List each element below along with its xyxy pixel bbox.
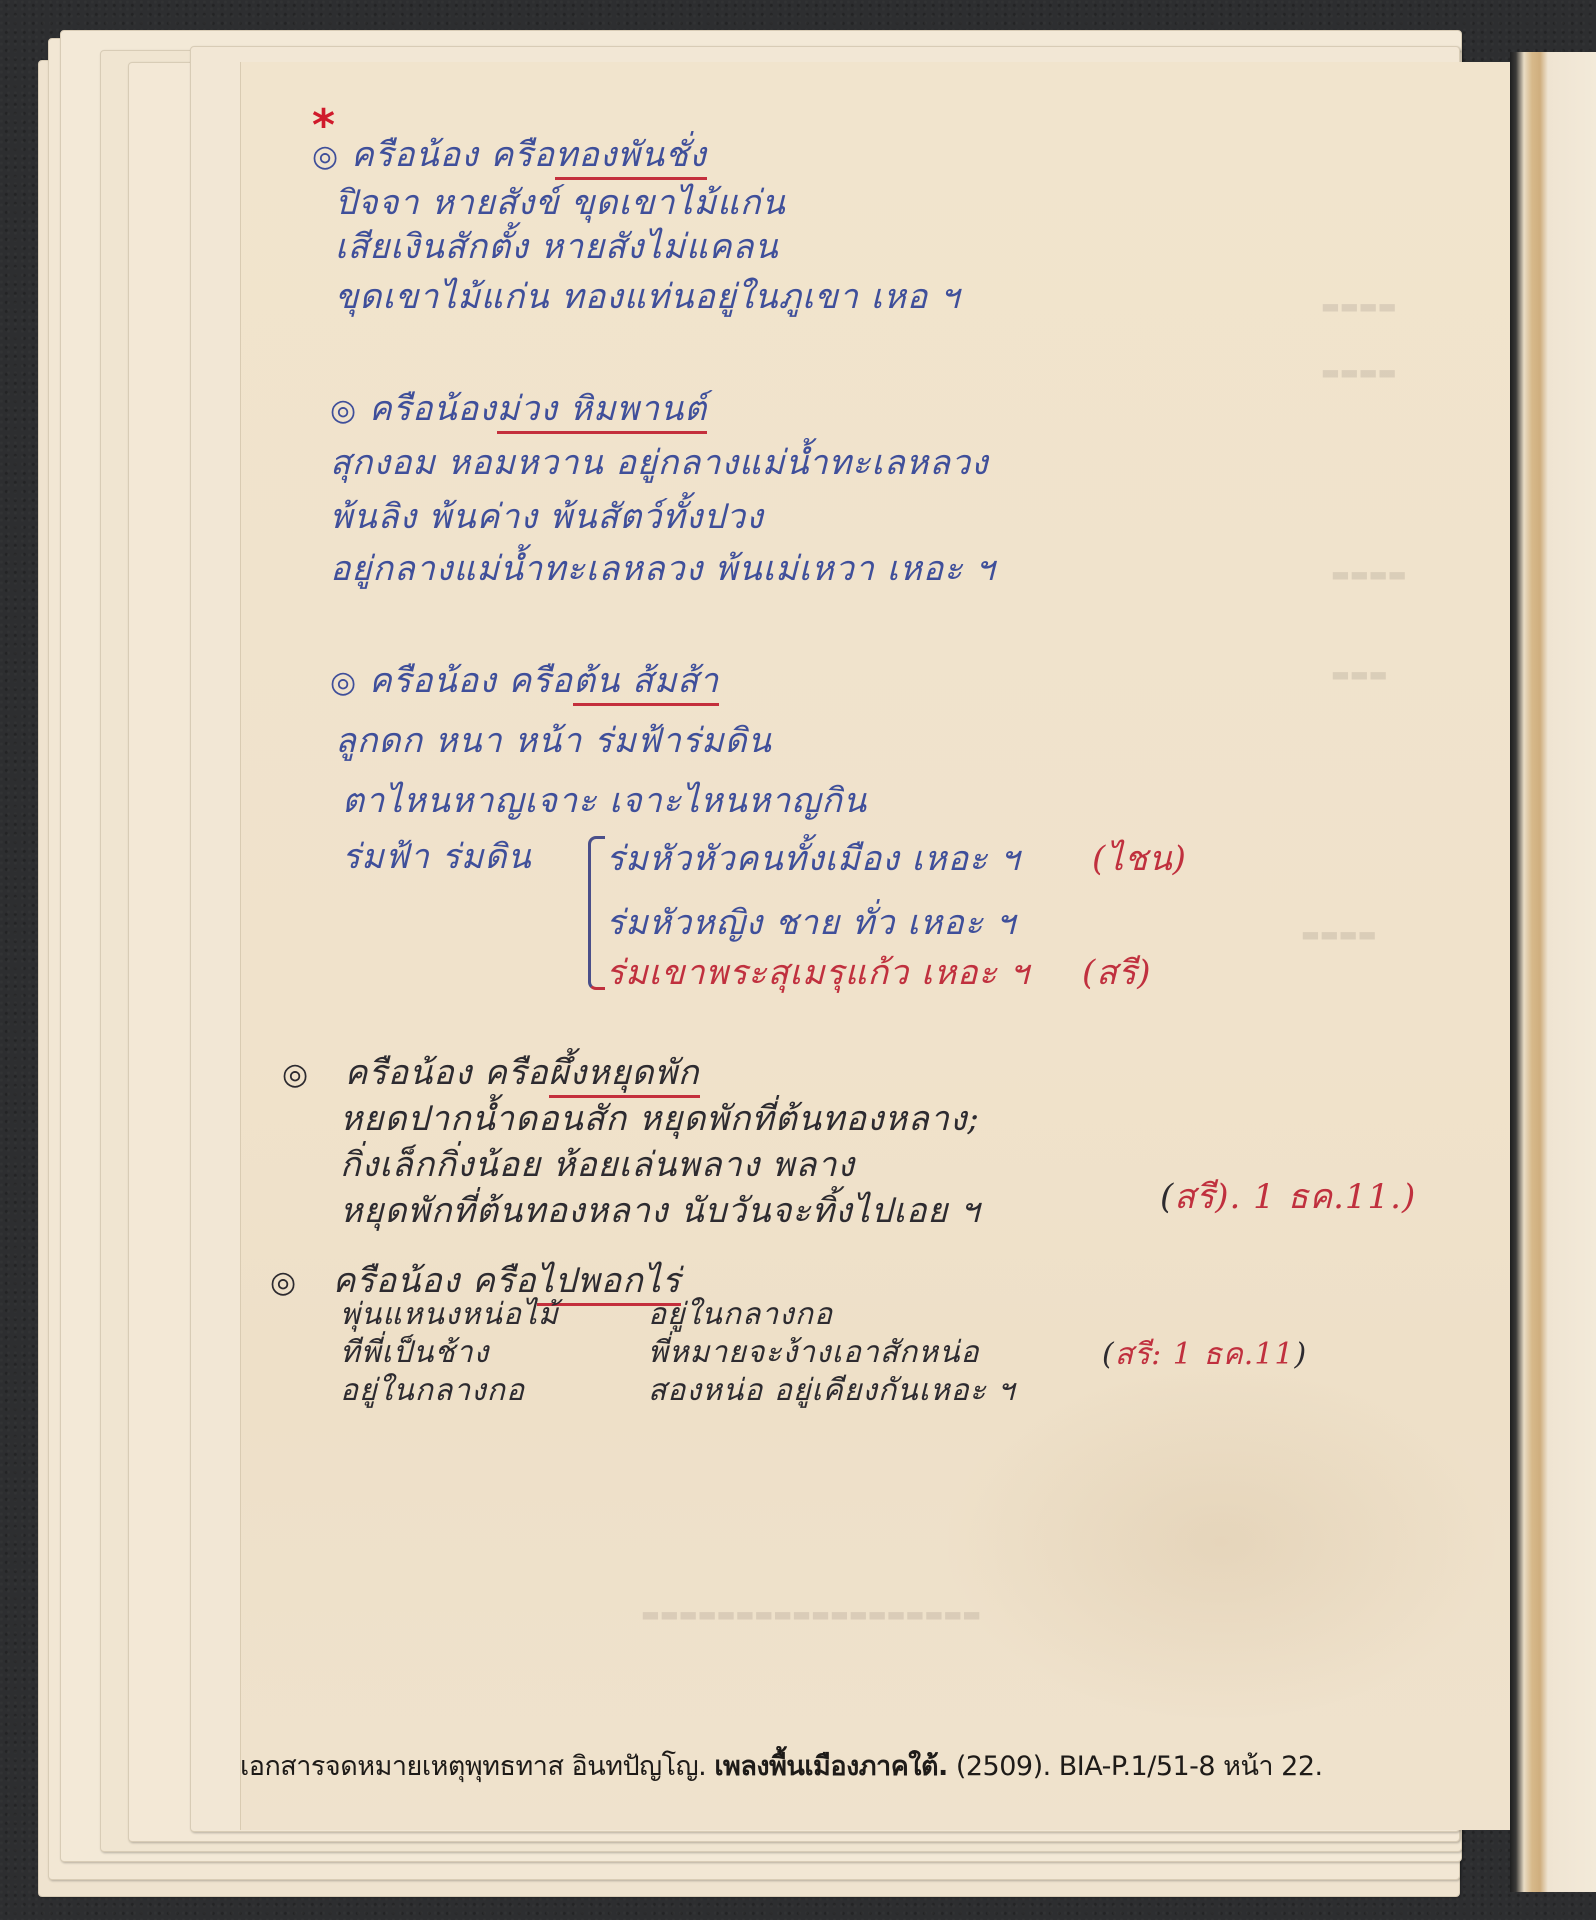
- stanza-5-title: ◎ ครือน้อง ครือไปพอกไร่: [270, 1264, 681, 1298]
- stanza-3-line-2: ตาไหนหาญเจาะ เจาะไหนหาญกิน: [342, 784, 867, 818]
- bullet-icon: ◎: [282, 1057, 309, 1092]
- bullet-icon: ◎: [312, 139, 339, 174]
- bleed-through-text: ▬▬▬▬: [1321, 360, 1397, 384]
- stanza-1-line-2: เสียเงินสักตั้ง หายสังไม่แคลน: [335, 230, 779, 264]
- stanza-3-branch-1-note: (ไชน): [1092, 842, 1187, 876]
- curly-brace-icon: [588, 836, 605, 990]
- bleed-through-text: ▬▬▬: [1331, 662, 1388, 686]
- stanza-1-line-3: ขุดเขาไม้แก่น ทองแท่นอยู่ในภูเขา เหอ ฯ: [335, 280, 960, 314]
- stanza-5-right-line-1: อยู่ในกลางกอ: [648, 1300, 833, 1330]
- stanza-4-line-1: หยดปากน้ำดอนสัก หยุดพักที่ต้นทองหลาง;: [340, 1102, 980, 1136]
- stanza-2-line-1: สุกงอม หอมหวาน อยู่กลางแม่น้ำทะเลหลวง: [330, 446, 989, 480]
- stanza-5-left-line-3: อยู่ในกลางกอ: [340, 1376, 525, 1406]
- underlined-title: ทองพันชั่ง: [555, 135, 707, 180]
- stanza-4-line-2: กิ่งเล็กกิ่งน้อย ห้อยเล่นพลาง พลาง: [340, 1148, 855, 1182]
- stanza-5-right-line-2: พี่หมายจะง้างเอาสักหน่อ: [648, 1338, 979, 1368]
- stanza-3-branch-1: ร่มหัวหัวคนทั้งเมือง เหอะ ฯ: [606, 842, 1020, 876]
- bleed-through-text: ▬▬▬▬: [1331, 562, 1407, 586]
- stanza-3-line-1: ลูกดก หนา หน้า ร่มฟ้าร่มดิน: [335, 724, 772, 758]
- stanza-5-note: (สรี: 1 ธค.11): [1102, 1340, 1307, 1370]
- stanza-3-branch-3-note: (สรี): [1082, 956, 1152, 990]
- caption-title: เพลงพื้นเมืองภาคใต้.: [714, 1751, 947, 1782]
- bleed-through-text: ▬▬▬▬: [1321, 294, 1397, 318]
- stanza-3-title: ◎ ครือน้อง ครือต้น ส้มส้า: [330, 664, 719, 698]
- stanza-5-left-line-2: ทีพี่เป็นช้าง: [340, 1338, 489, 1368]
- stanza-1-title: ◎ ครือน้อง ครือทองพันชั่ง: [312, 138, 707, 172]
- paper-stain: [941, 1362, 1501, 1722]
- stanza-4-title: ◎ ครือน้อง ครือผึ้งหยุดพัก: [282, 1056, 700, 1090]
- stanza-2-line-2: พ้นลิง พ้นค่าง พ้นสัตว์ทั้งปวง: [330, 500, 764, 534]
- stanza-5-left-line-1: พุ่นแหนงหน่อไม้: [340, 1300, 559, 1330]
- underlined-title: ม่วง หิมพานต์: [497, 389, 708, 434]
- stanza-2-line-3: อยู่กลางแม่น้ำทะเลหลวง พ้นเม่เหวา เหอะ ฯ: [330, 552, 995, 586]
- stanza-5-right-line-3: สองหน่อ อยู่เคียงกันเหอะ ฯ: [648, 1376, 1015, 1406]
- stanza-4-note: (สรี). 1 ธค.11.): [1160, 1180, 1416, 1214]
- bleed-through-text: ▬▬▬▬▬▬▬▬▬▬▬▬▬▬▬▬▬▬: [641, 1602, 981, 1626]
- manuscript-page: ▬▬▬▬ ▬▬▬▬ ▬▬▬▬ ▬▬▬ ▬▬▬▬ ▬▬▬▬▬▬▬▬▬▬▬▬▬▬▬▬…: [240, 62, 1511, 1830]
- stanza-3-branch-lead: ร่มฟ้า ร่มดิน: [342, 840, 532, 874]
- stanza-3-branch-3: ร่มเขาพระสุเมรุแก้ว เหอะ ฯ: [606, 956, 1030, 990]
- stanza-1-line-1: ปิจจา หายสังข์ ขุดเขาไม้แก่น: [335, 186, 786, 220]
- underlined-title: ต้น ส้มส้า: [573, 661, 719, 706]
- bullet-icon: ◎: [330, 393, 357, 428]
- book-binding-edge: [1510, 52, 1596, 1892]
- stanza-3-branch-2: ร่มหัวหญิง ชาย ทั่ว เหอะ ฯ: [606, 906, 1016, 940]
- archive-caption: เอกสารจดหมายเหตุพุทธทาส อินทปัญโญ. เพลงพ…: [240, 1744, 1480, 1787]
- underlined-title: ผึ้งหยุดพัก: [549, 1053, 700, 1098]
- bullet-icon: ◎: [270, 1265, 297, 1300]
- stanza-2-title: ◎ ครือน้องม่วง หิมพานต์: [330, 392, 707, 426]
- bullet-icon: ◎: [330, 665, 357, 700]
- bleed-through-text: ▬▬▬▬: [1301, 922, 1377, 946]
- stanza-4-line-3: หยุดพักที่ต้นทองหลาง นับวันจะทิ้งไปเอย ฯ: [340, 1194, 980, 1228]
